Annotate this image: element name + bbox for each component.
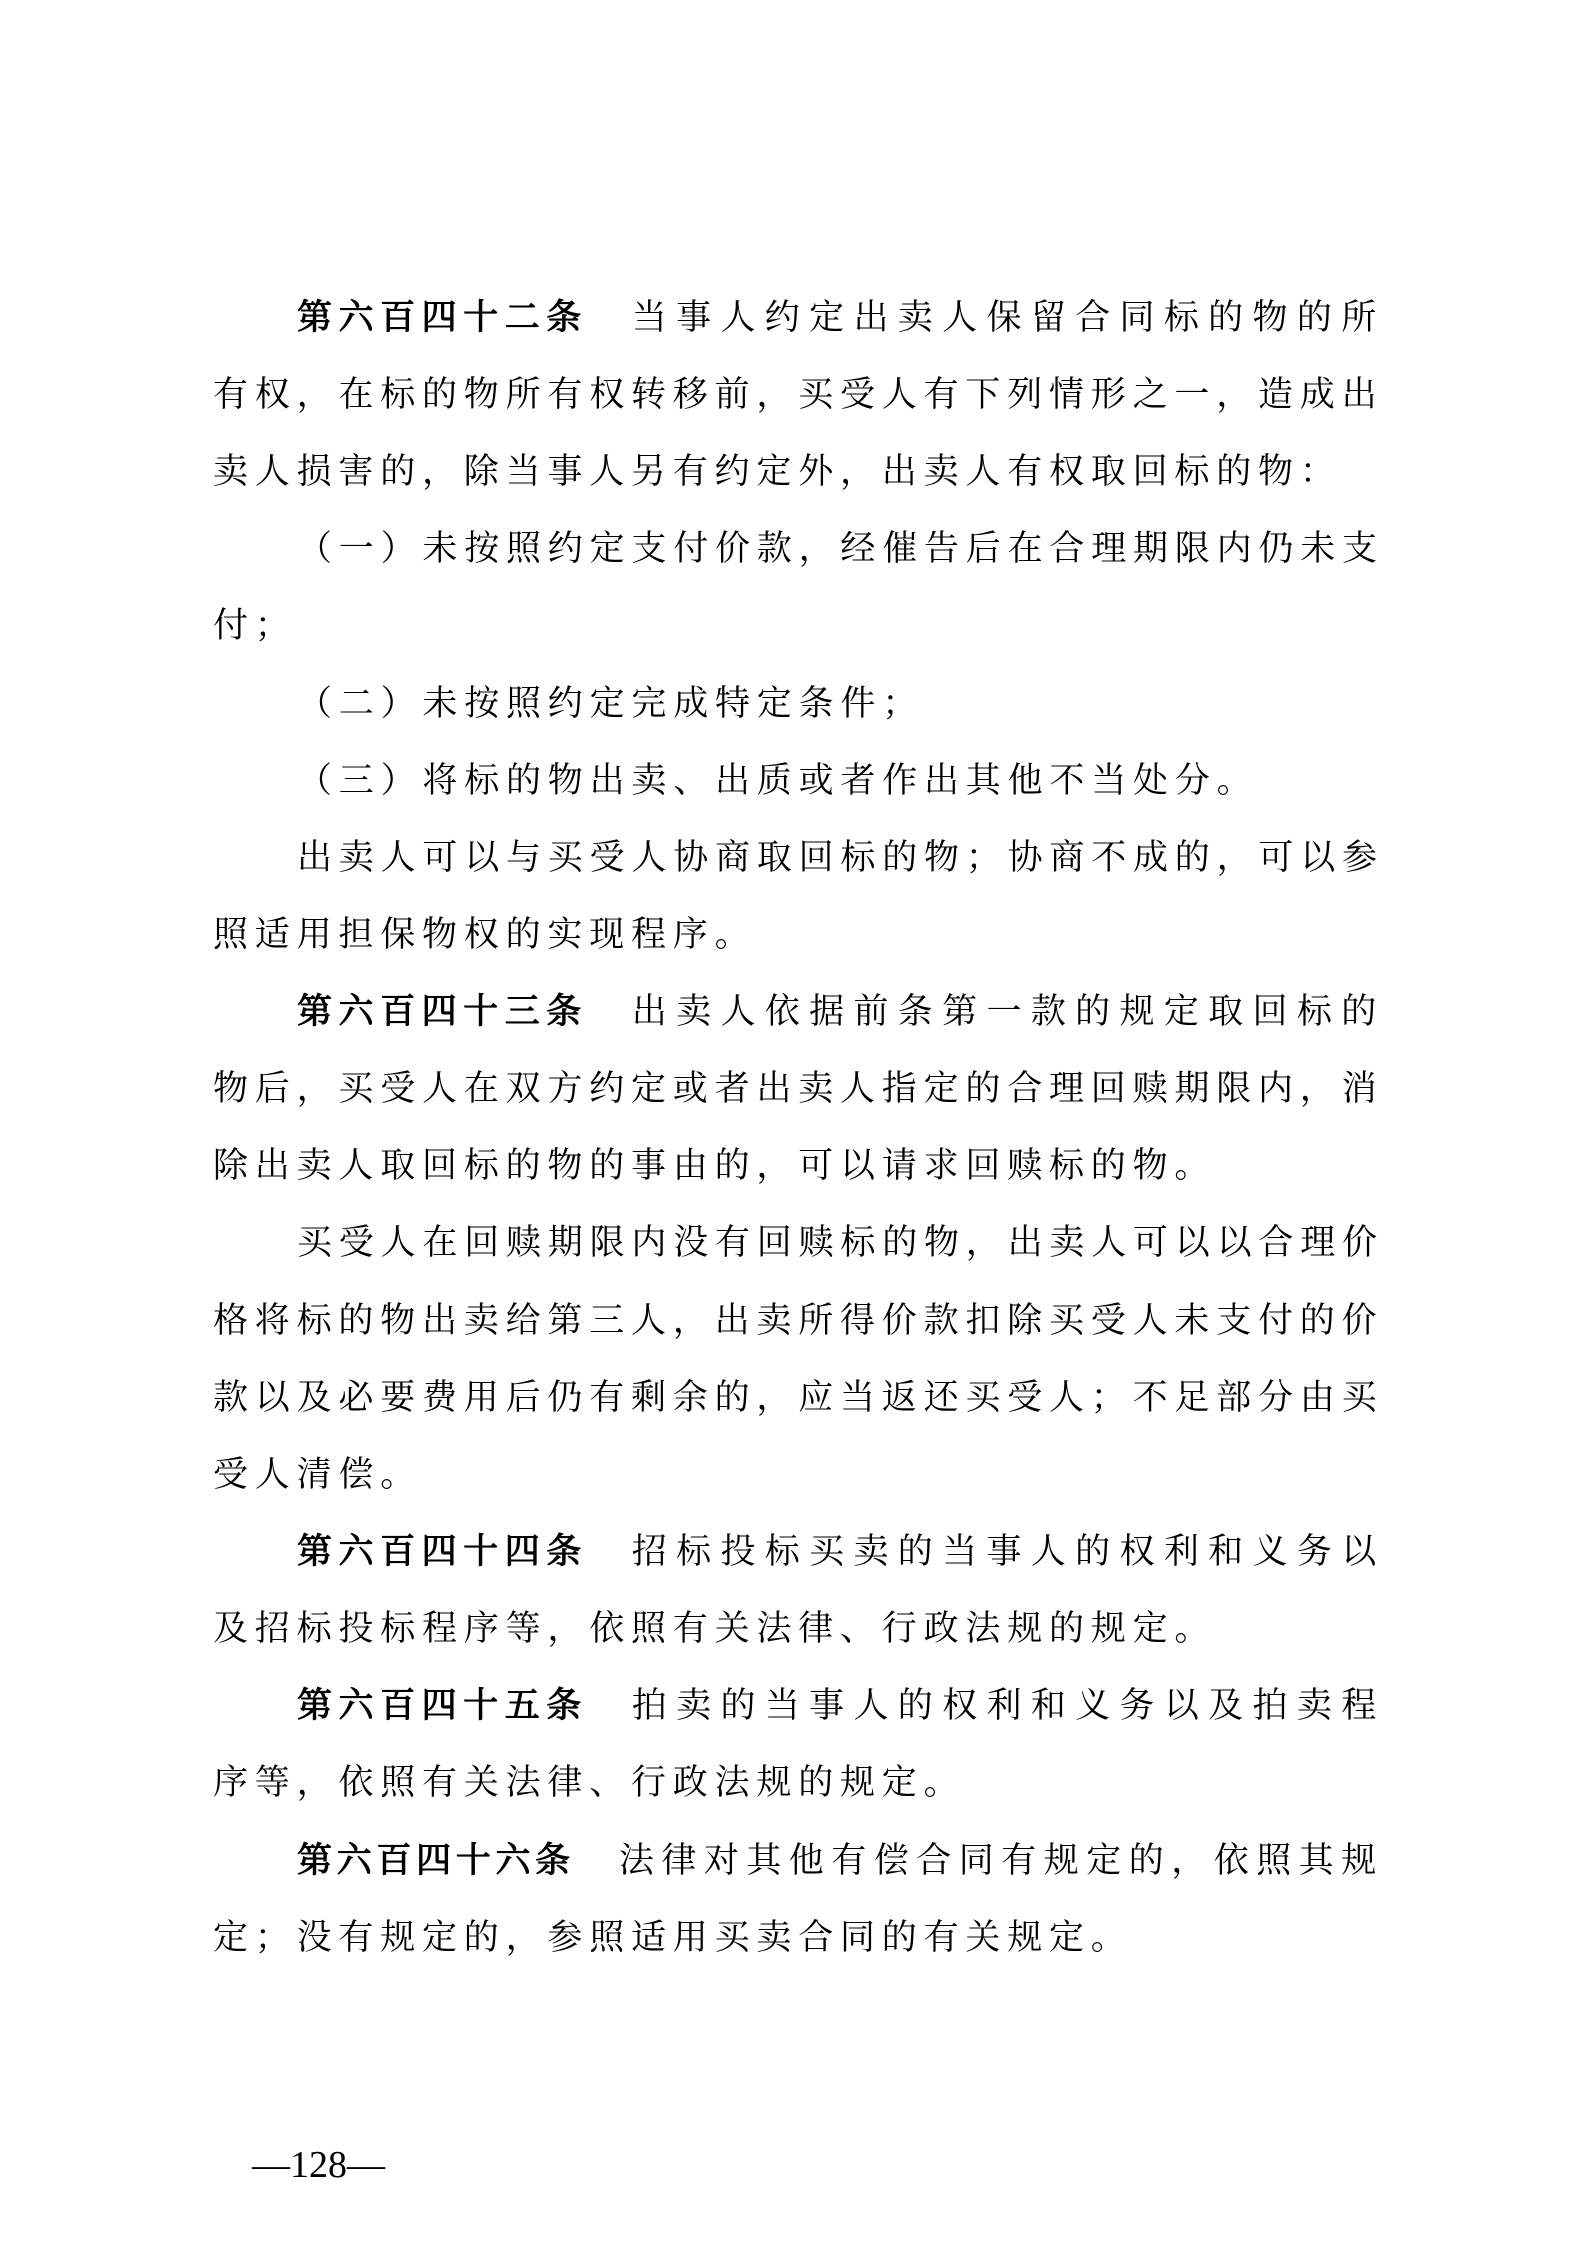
article-645-line-2: 序等，依照有关法律、行政法规的规定。 bbox=[213, 1753, 1383, 1813]
article-642-paragraph-2-line-1: 出卖人可以与买受人协商取回标的物；协商不成的，可以参 bbox=[297, 828, 1383, 888]
article-644-line-1: 第六百四十四条招标投标买卖的当事人的权利和义务以 bbox=[297, 1522, 1383, 1582]
article-643-paragraph-2-line-3: 款以及必要费用后仍有剩余的，应当返还买受人；不足部分由买 bbox=[213, 1368, 1383, 1428]
article-642-line-2: 有权，在标的物所有权转移前，买受人有下列情形之一，造成出 bbox=[213, 365, 1383, 425]
article-text: 拍卖的当事人的权利和义务以及拍卖程 bbox=[632, 1686, 1383, 1726]
list-item-1-line-2: 付； bbox=[213, 596, 1383, 656]
article-643-line-2: 物后，买受人在双方约定或者出卖人指定的合理回赎期限内，消 bbox=[213, 1059, 1383, 1119]
document-page: 第六百四十二条当事人约定出卖人保留合同标的物的所 有权，在标的物所有权转移前，买… bbox=[0, 0, 1587, 2245]
article-643-paragraph-2-line-4: 受人清偿。 bbox=[213, 1445, 1383, 1505]
article-text: 法律对其他有偿合同有规定的，依照其规 bbox=[619, 1841, 1383, 1881]
list-item-3: （三）将标的物出卖、出质或者作出其他不当处分。 bbox=[297, 751, 1383, 811]
article-644-line-2: 及招标投标程序等，依照有关法律、行政法规的规定。 bbox=[213, 1599, 1383, 1659]
article-646-line-2: 定；没有规定的，参照适用买卖合同的有关规定。 bbox=[213, 1908, 1383, 1968]
article-643-line-1: 第六百四十三条出卖人依据前条第一款的规定取回标的 bbox=[297, 982, 1383, 1042]
article-heading: 第六百四十五条 bbox=[297, 1686, 588, 1726]
article-heading: 第六百四十二条 bbox=[297, 298, 588, 338]
list-item-1-line-1: （一）未按照约定支付价款，经催告后在合理期限内仍未支 bbox=[297, 519, 1383, 579]
article-643-line-3: 除出卖人取回标的物的事由的，可以请求回赎标的物。 bbox=[213, 1136, 1383, 1196]
article-643-paragraph-2-line-1: 买受人在回赎期限内没有回赎标的物，出卖人可以以合理价 bbox=[297, 1213, 1383, 1273]
article-heading: 第六百四十四条 bbox=[297, 1532, 588, 1572]
article-642-paragraph-2-line-2: 照适用担保物权的实现程序。 bbox=[213, 905, 1383, 965]
article-645-line-1: 第六百四十五条拍卖的当事人的权利和义务以及拍卖程 bbox=[297, 1676, 1383, 1736]
article-643-paragraph-2-line-2: 格将标的物出卖给第三人，出卖所得价款扣除买受人未支付的价 bbox=[213, 1291, 1383, 1351]
article-646-line-1: 第六百四十六条法律对其他有偿合同有规定的，依照其规 bbox=[297, 1831, 1383, 1891]
article-heading: 第六百四十六条 bbox=[297, 1841, 575, 1881]
article-text: 招标投标买卖的当事人的权利和义务以 bbox=[632, 1532, 1383, 1572]
article-heading: 第六百四十三条 bbox=[297, 992, 588, 1032]
article-text: 出卖人依据前条第一款的规定取回标的 bbox=[632, 992, 1383, 1032]
page-number: —128— bbox=[252, 2140, 385, 2190]
article-642-line-3: 卖人损害的，除当事人另有约定外，出卖人有权取回标的物： bbox=[213, 442, 1383, 502]
list-item-2: （二）未按照约定完成特定条件； bbox=[297, 674, 1383, 734]
article-text: 当事人约定出卖人保留合同标的物的所 bbox=[632, 298, 1383, 338]
article-642-line-1: 第六百四十二条当事人约定出卖人保留合同标的物的所 bbox=[297, 288, 1383, 348]
